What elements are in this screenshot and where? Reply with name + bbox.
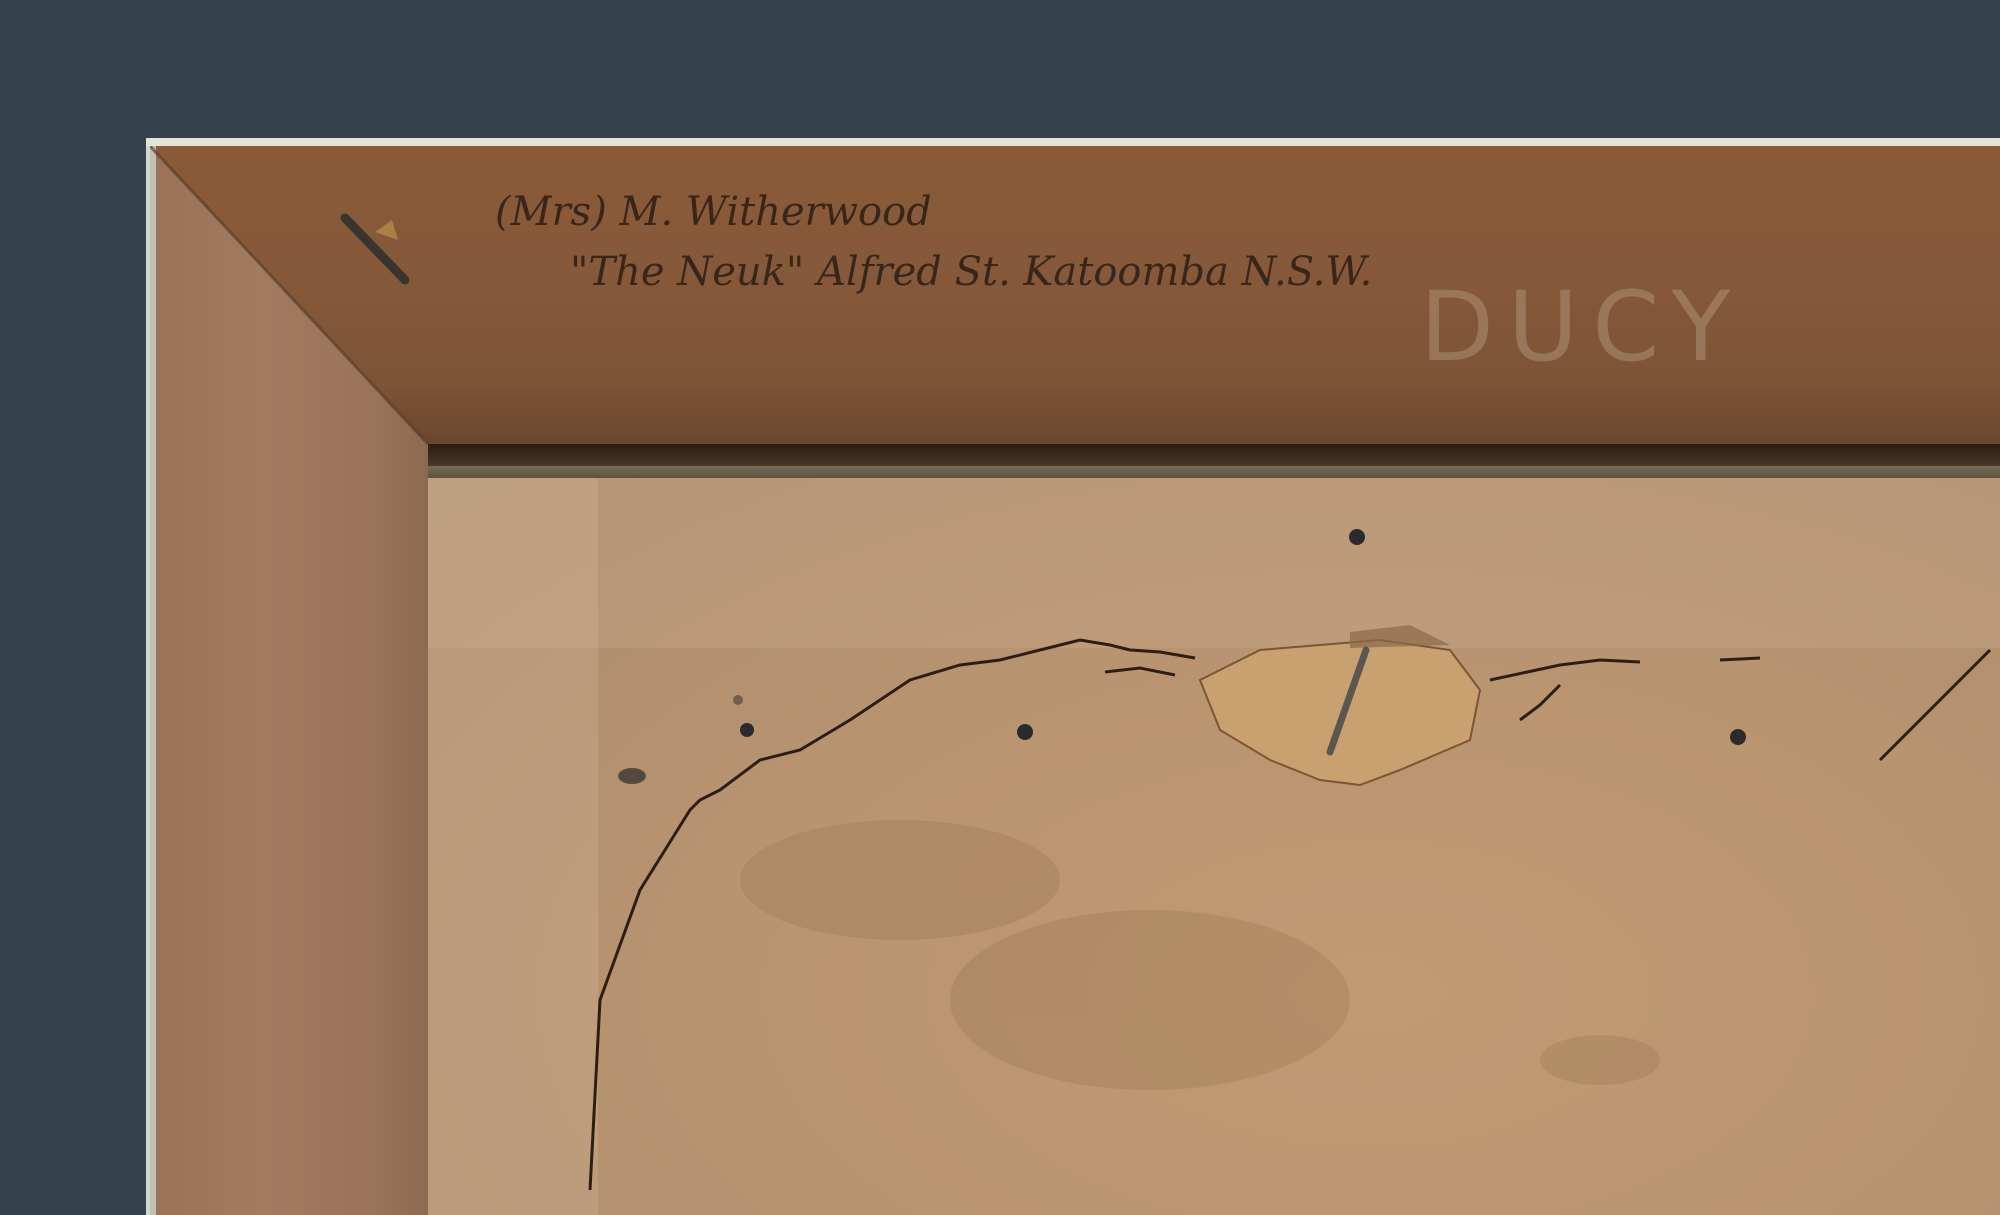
frame-gap xyxy=(428,444,2000,466)
backing-board-tape-top xyxy=(428,478,2000,648)
frame-rebate-rail xyxy=(428,466,2000,478)
frame-top-rail xyxy=(150,146,2000,444)
backing-board-tape-left xyxy=(428,478,598,1215)
photo-scene: (Mrs) M. Witherwood "The Neuk" Alfred St… xyxy=(0,0,2000,1215)
frame-paint-edge xyxy=(146,146,156,1215)
